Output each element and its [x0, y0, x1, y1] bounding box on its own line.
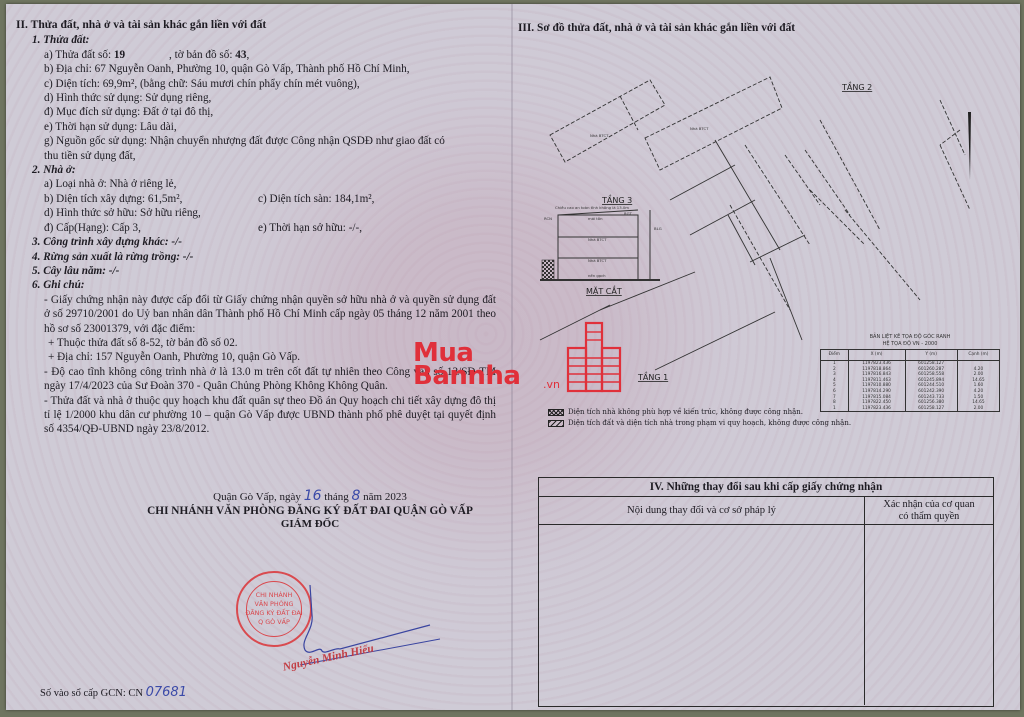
month-label: tháng — [322, 491, 352, 503]
punct: , — [246, 49, 249, 61]
land-area: c) Diện tích: 69,9m², (bằng chữ: Sáu mươ… — [16, 77, 496, 91]
crosshatch-swatch-icon — [548, 409, 564, 416]
coord-header: Cạnh (m) — [957, 350, 999, 361]
perennial-trees: 5. Cây lâu năm: -/- — [16, 264, 496, 278]
legend-text: Diện tích đất và diện tích nhà trong phạ… — [568, 418, 851, 429]
coord-grid: ĐiểmX (m)Y (m)Cạnh (m) 11197823.43660125… — [820, 349, 1000, 412]
house-grade: đ) Cấp(Hạng): Cấp 3, — [44, 221, 258, 235]
changes-title: IV. Những thay đổi sau khi cấp giấy chứn… — [539, 478, 993, 497]
house-area-row: b) Diện tích xây dựng: 61,5m²,c) Diện tí… — [16, 192, 496, 206]
section-iii-title: III. Sơ đồ thửa đất, nhà ở và tài sản kh… — [518, 22, 795, 34]
registry-number: Số vào sổ cấp GCN: CN 07681 — [40, 685, 187, 700]
ownership-form: d) Hình thức sở hữu: Sở hữu riêng, — [16, 206, 496, 220]
changes-confirmation-cell — [865, 525, 993, 705]
changes-col-content: Nội dung thay đổi và cơ sở pháp lý — [539, 497, 865, 524]
house-grade-row: đ) Cấp(Hạng): Cấp 3,e) Thời hạn sở hữu: … — [16, 221, 496, 235]
floor-1-title: TẦNG 1 — [637, 370, 668, 382]
height-note: Chiều cao an toàn tĩnh không là 13.0m — [555, 205, 629, 210]
room-label-left: Nhà BTCT — [590, 133, 609, 138]
parcel-number: 19 — [114, 49, 125, 61]
signing-day: 16 — [304, 488, 322, 504]
coord-cell: 1 — [821, 406, 849, 412]
north-arrow-icon — [968, 112, 971, 180]
changes-table: IV. Những thay đổi sau khi cấp giấy chứn… — [538, 477, 994, 707]
sheet-label: , tờ bản đồ số: — [169, 49, 235, 61]
legend-item: Diện tích nhà không phù hợp về kiến trúc… — [548, 407, 851, 418]
floor-label-3: Nhà BTCT — [588, 237, 607, 242]
land-use-term: e) Thời hạn sử dụng: Lâu dài, — [16, 120, 496, 134]
diagram-legend: Diện tích nhà không phù hợp về kiến trúc… — [548, 407, 851, 429]
hatch-swatch-icon — [548, 420, 564, 427]
table-row: 11197823.436601258.1272.00 — [821, 406, 1000, 412]
coord-cell: 2.00 — [957, 406, 999, 412]
note-3: - Thửa đất và nhà ở thuộc quy hoạch khu … — [16, 394, 496, 437]
rgt-label: RGT — [624, 211, 632, 216]
room-label-right: Nhà BTCT — [690, 126, 709, 131]
section-ii-title: II. Thửa đất, nhà ở và tài sản khác gắn … — [16, 18, 496, 32]
blg-label: BLG — [654, 226, 662, 231]
floor-3-title: TẦNG 3 — [601, 193, 632, 205]
notes-heading: 6. Ghi chú: — [16, 278, 496, 292]
coordinate-table: BẢN LIỆT KÊ TỌA ĐỘ GÓC RANH HỆ TỌA ĐỘ VN… — [820, 334, 1000, 412]
coord-title: BẢN LIỆT KÊ TỌA ĐỘ GÓC RANH — [820, 334, 1000, 341]
land-origin: g) Nguồn gốc sử dụng: Nhận chuyển nhượng… — [16, 134, 496, 148]
ground-label: nền gạch — [588, 273, 606, 278]
floor-area: c) Diện tích sàn: 184,1m², — [258, 192, 374, 206]
rcn-label: RCN — [544, 216, 552, 221]
land-origin-cont: thu tiền sử dụng đất, — [16, 149, 496, 163]
other-construction: 3. Công trình xây dựng khác: -/- — [16, 235, 496, 249]
ownership-term: e) Thời hạn sở hữu: -/-, — [258, 221, 362, 235]
changes-body — [539, 525, 993, 705]
signer-role: GIÁM ĐỐC — [140, 518, 480, 532]
confirm-line-1: Xác nhận của cơ quan — [865, 499, 993, 511]
legend-text: Diện tích nhà không phù hợp về kiến trúc… — [568, 407, 803, 418]
parcel-label: a) Thửa đất số: — [44, 49, 114, 61]
section-title: MẶT CẮT — [586, 284, 622, 297]
land-use-form: d) Hình thức sử dụng: Sử dụng riêng, — [16, 91, 496, 105]
coord-subtitle: HỆ TỌA ĐỘ VN - 2000 — [820, 341, 1000, 348]
sheet-number: 43 — [235, 49, 246, 61]
coord-header: X (m) — [848, 350, 905, 361]
production-forest: 4. Rừng sản xuất là rừng trồng: -/- — [16, 250, 496, 264]
coord-header: Y (m) — [905, 350, 957, 361]
watermark-line2: Bannha — [413, 362, 520, 390]
house-type: a) Loại nhà ở: Nhà ở riêng lẻ, — [16, 177, 496, 191]
land-address: b) Địa chỉ: 67 Nguyễn Oanh, Phường 10, q… — [16, 62, 496, 76]
floor-2-title: TẦNG 2 — [841, 80, 872, 92]
coord-header: Điểm — [821, 350, 849, 361]
confirm-line-2: có thẩm quyền — [865, 511, 993, 523]
issuing-office: CHI NHÁNH VĂN PHÒNG ĐĂNG KÝ ĐẤT ĐAI QUẬN… — [140, 505, 480, 519]
land-heading: 1. Thửa đất: — [16, 33, 496, 47]
registry-label: Số vào sổ cấp GCN: CN — [40, 688, 146, 699]
coord-cell: 601258.127 — [905, 406, 957, 412]
roof-label: mái tôn — [588, 216, 603, 221]
changes-col-confirmation: Xác nhận của cơ quan có thẩm quyền — [865, 497, 993, 524]
coord-cell: 1197823.436 — [848, 406, 905, 412]
year-label: năm 2023 — [360, 491, 406, 503]
signing-date: Quận Gò Vấp, ngày 16 tháng 8 năm 2023 — [140, 490, 480, 505]
legend-item: Diện tích đất và diện tích nhà trong phạ… — [548, 418, 851, 429]
signing-place: Quận Gò Vấp, ngày — [213, 491, 304, 503]
land-use-purpose: đ) Mục đích sử dụng: Đất ở tại đô thị, — [16, 105, 496, 119]
land-parcel-line: a) Thửa đất số: 19, tờ bản đồ số: 43, — [16, 48, 496, 62]
note-1: - Giấy chứng nhận này được cấp đổi từ Gi… — [16, 293, 496, 336]
floor-label-2: Nhà BTCT — [588, 258, 607, 263]
house-heading: 2. Nhà ở: — [16, 163, 496, 177]
registry-value: 07681 — [146, 685, 187, 700]
changes-header-row: Nội dung thay đổi và cơ sở pháp lý Xác n… — [539, 497, 993, 525]
building-area: b) Diện tích xây dựng: 61,5m², — [44, 192, 258, 206]
signature-block: Quận Gò Vấp, ngày 16 tháng 8 năm 2023 CH… — [140, 490, 480, 532]
changes-content-cell — [539, 525, 865, 705]
